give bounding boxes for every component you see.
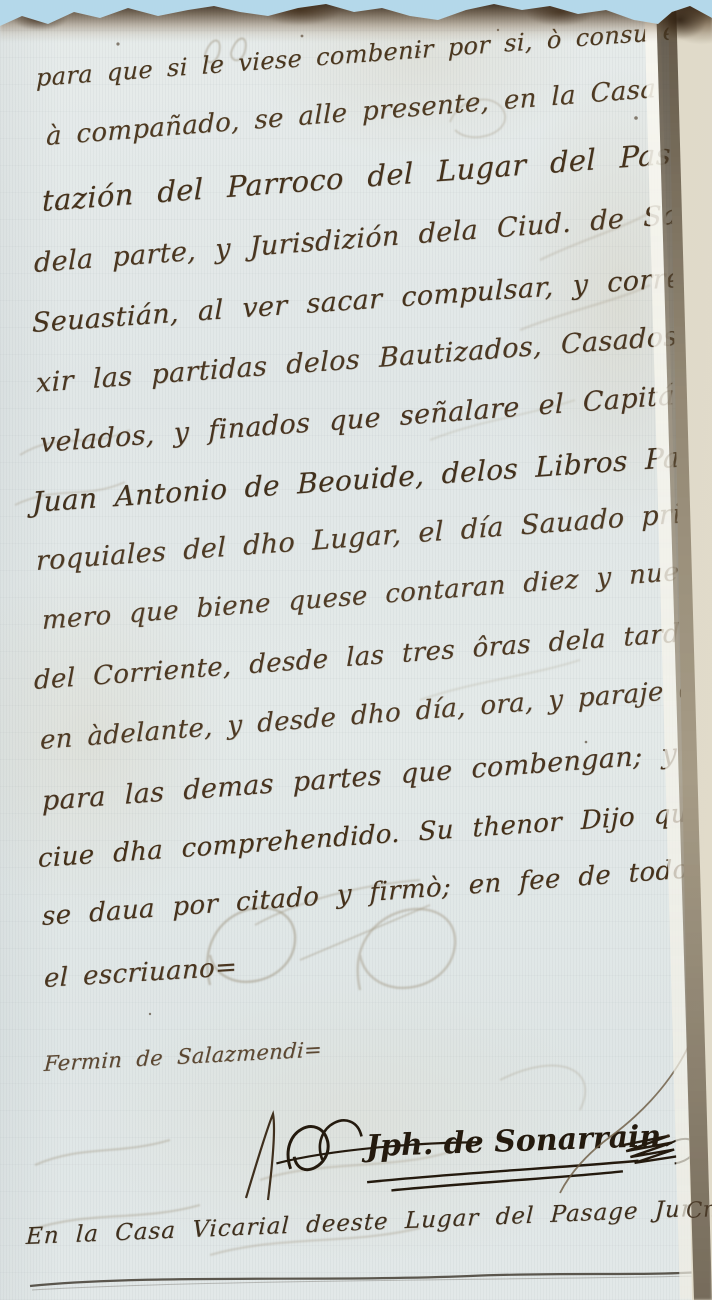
paper-sheet: para que si le viese combenir por si, ò … <box>0 0 712 1300</box>
scanned-manuscript-page: para que si le viese combenir por si, ò … <box>0 0 712 1300</box>
gutter-margin-mark: Cn <box>685 1197 712 1224</box>
torn-top-edge-stain <box>0 0 712 42</box>
